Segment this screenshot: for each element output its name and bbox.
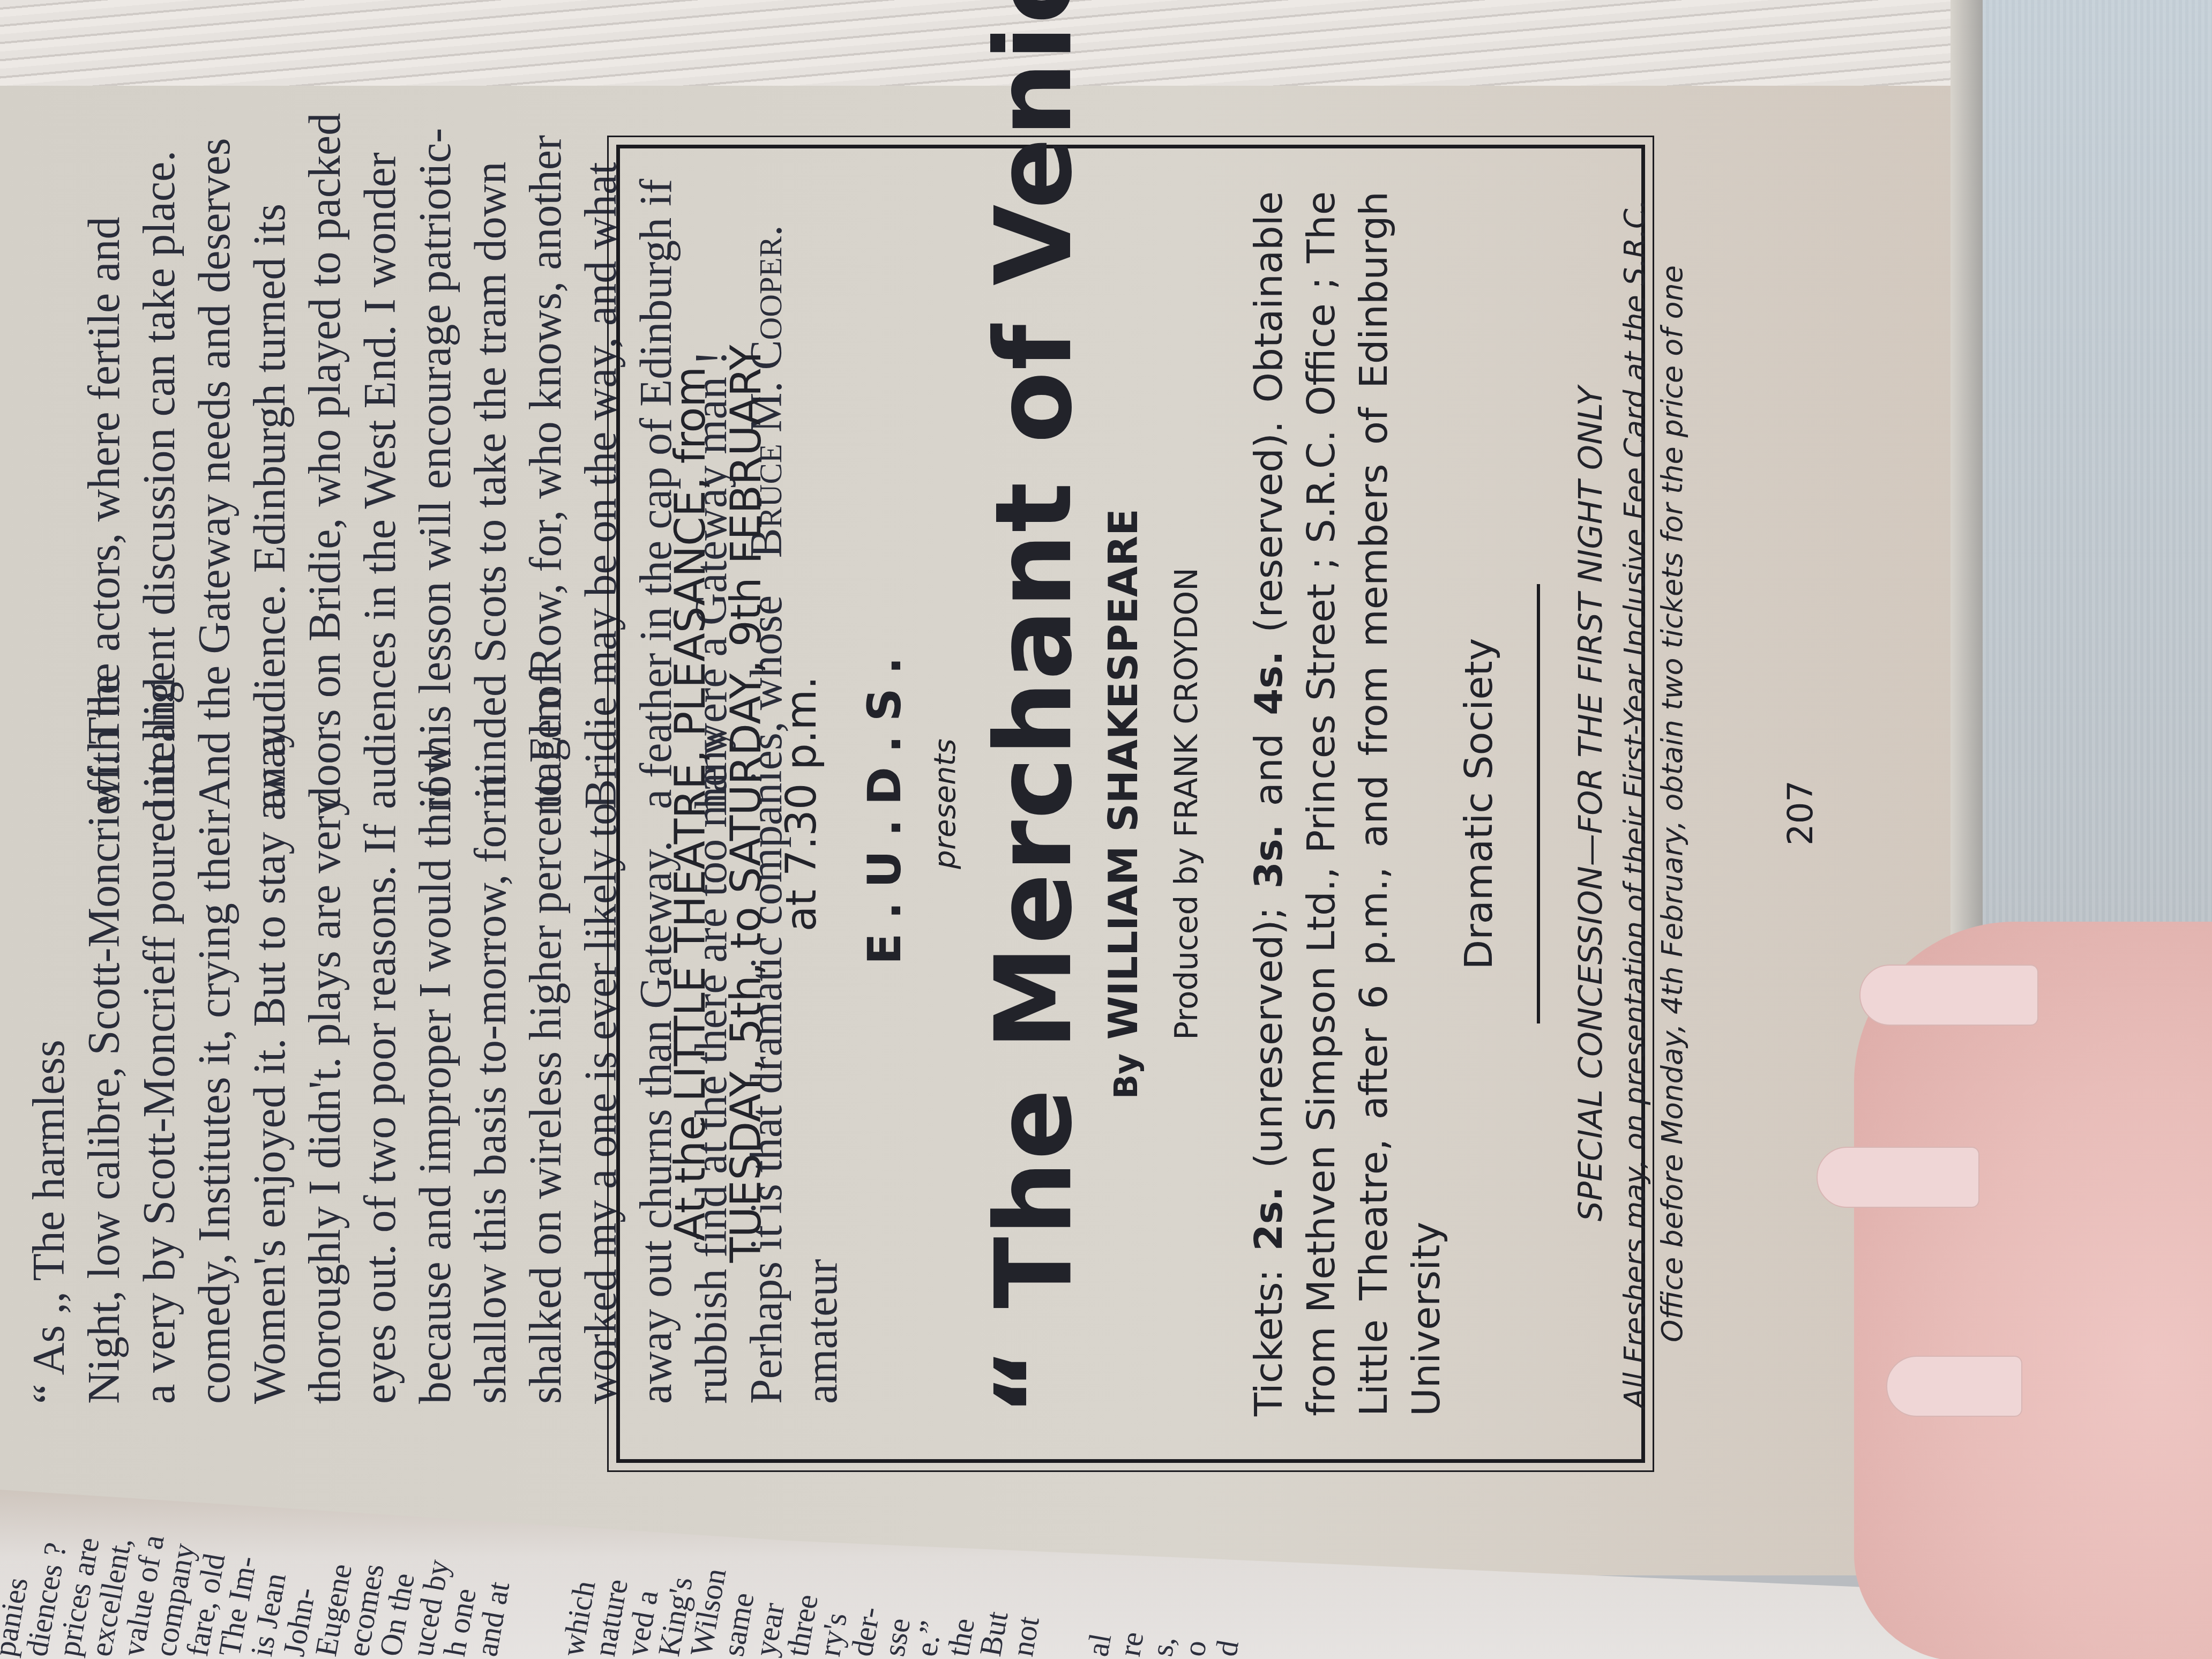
article-line: shalked on wireless higher percentage of… — [518, 91, 573, 1404]
ticket-price-reserved-low: 3s. — [1246, 824, 1291, 888]
ad-tickets: Tickets: 2s. (unreserved); 3s. and 4s. (… — [1242, 191, 1505, 1416]
article-line: shallow this basis to-morrow, for it min… — [463, 91, 518, 1404]
fingernail — [1817, 1147, 1979, 1208]
article-line-right: minded Scots to take the tram down — [463, 162, 518, 809]
ad-venue-line-1: At the LITTLE THEATRE, PLEASANCE, from — [667, 367, 715, 1241]
ad-time: at 7.30 p.m. — [778, 191, 826, 1416]
article-line-right: audiences in the West End. I wonder — [353, 152, 408, 809]
ad-society: E.U.D.S. — [858, 191, 911, 1416]
fingernail — [1886, 1356, 2022, 1417]
article-line-left: thoroughly I didn't. plays are very — [297, 793, 353, 1404]
article-line-right: if this lesson will encourage patriotic- — [408, 128, 463, 809]
ad-venue: At the LITTLE THEATRE, PLEASANCE, from T… — [663, 191, 774, 1416]
article-line: thoroughly I didn't. plays are very door… — [297, 91, 353, 1404]
article-text-column: “ As ,, The harmless Night, low calibre,… — [21, 91, 547, 1404]
article-line: Women's enjoyed it. But to stay away an … — [242, 91, 297, 1404]
ad-play-title: “ The Merchant of Venice ” — [973, 191, 1095, 1416]
article-line-right: doors on Bridie, who played to packed — [297, 113, 353, 809]
ad-venue-line-2: TUESDAY, 5th, to SATURDAY, 9th FEBRUARY — [722, 345, 771, 1262]
article-line: because and improper I would throw if th… — [408, 91, 463, 1404]
ticket-price-reserved-high: 4s. — [1246, 651, 1291, 715]
ad-presents: presents — [928, 191, 962, 1416]
article-line: comedy, Institutes it, crying their And … — [187, 91, 242, 1404]
theatre-advertisement: At the LITTLE THEATRE, PLEASANCE, from T… — [616, 145, 1645, 1463]
ad-producer: Produced by FRANK CROYDON — [1168, 191, 1205, 1416]
fingernail — [1859, 965, 2038, 1026]
article-line-right: with the actors, where fertile and — [77, 216, 132, 809]
article-line-left: because and improper I would throw — [408, 743, 463, 1404]
article-line-left: comedy, Institutes it, crying their — [187, 809, 242, 1404]
article-line: a very by Scott-Moncrieff poured in and … — [132, 91, 187, 1404]
article-line: eyes out. of two poor reasons. If audien… — [353, 91, 408, 1404]
ad-author-prefix: By — [1108, 1053, 1145, 1099]
article-line: Night, low calibre, Scott-Moncrieff. The… — [77, 91, 132, 1404]
facing-page-text: panies diences ? prices are excellent, v… — [0, 1533, 1286, 1659]
ad-divider — [1537, 584, 1540, 1023]
ad-concession-heading: SPECIAL CONCESSION—FOR THE FIRST NIGHT O… — [1572, 191, 1610, 1416]
article-line-right: to Elm Row, for, who knows, another — [518, 135, 573, 809]
ticket-sources-last: Dramatic Society — [1452, 191, 1505, 1416]
article-line: “ As ,, The harmless — [21, 91, 77, 1404]
ad-author: By WILLIAM SHAKESPEARE — [1101, 191, 1147, 1416]
ticket-note-unreserved: (unreserved); — [1246, 907, 1291, 1168]
hand — [1854, 922, 2212, 1659]
ticket-price-unreserved: 2s. — [1246, 1186, 1291, 1251]
ad-author-name: WILLIAM SHAKESPEARE — [1101, 509, 1147, 1040]
facing-fragment: not — [1004, 1613, 1047, 1659]
article-line-right: intelligent discussion can take place. — [132, 151, 187, 809]
facing-fragment: d — [1208, 1638, 1246, 1659]
article-line-left: eyes out. of two poor reasons. If — [353, 824, 408, 1404]
tickets-label: Tickets: — [1246, 1269, 1291, 1416]
article-line-right: And the Gateway needs and deserves — [187, 138, 242, 809]
ad-concession-line-1: All Freshers may, on presentation of the… — [1618, 199, 1651, 1408]
ticket-and: and — [1246, 734, 1291, 806]
ticket-note-reserved: (reserved). — [1246, 421, 1291, 632]
ad-concession-line-2: Office before Monday, 4th February, obta… — [1655, 265, 1689, 1342]
page-number: 207 — [1781, 780, 1821, 846]
article-line-left: shallow this basis to-morrow, for it — [463, 774, 518, 1404]
ad-concession-text: All Freshers may, on presentation of the… — [1616, 191, 1691, 1416]
article-line-right: an audience. Edinburgh turned its — [242, 204, 297, 809]
article-line-left: “ As ,, The harmless — [21, 1040, 77, 1404]
